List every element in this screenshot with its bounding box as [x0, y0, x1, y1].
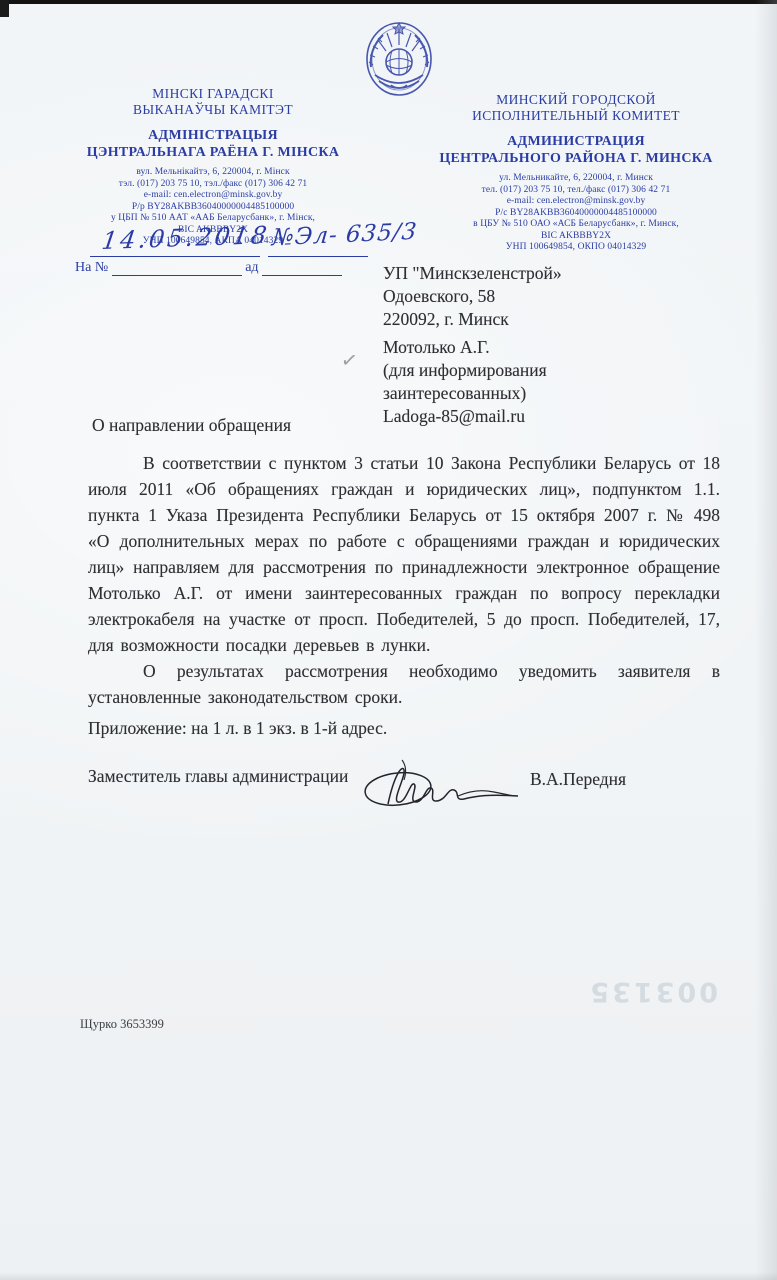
recipient-block: УП "Минскзеленстрой» Одоевского, 58 2200…: [383, 262, 562, 331]
signer-title: Заместитель главы администрации: [88, 766, 348, 787]
recipient-line: УП "Минскзеленстрой»: [383, 262, 562, 285]
scan-edge-corner: [0, 0, 9, 17]
reply-reference-row: На № ад: [75, 260, 342, 276]
reply-number-blank: [112, 261, 242, 276]
letterhead-right: МИНСКИЙ ГОРОДСКОЙ ИСПОЛНИТЕЛЬНЫЙ КОМИТЕТ…: [418, 92, 734, 254]
address-line: Р/с BY28AKBB36040000004485100000: [418, 208, 734, 220]
handwritten-outgoing-number: №Эл- 635/3: [271, 219, 419, 251]
org-name-line: МИНСКИЙ ГОРОДСКОЙ: [418, 92, 734, 108]
body-paragraph: В соответствии с пунктом 3 статьи 10 Зак…: [88, 450, 720, 658]
scan-edge-top: [9, 0, 777, 4]
reply-date-blank: [262, 261, 342, 276]
number-underline: [268, 256, 368, 257]
attachment-line: Приложение: на 1 л. в 1 экз. в 1-й адрес…: [88, 718, 387, 739]
signature-scribble: [358, 756, 528, 814]
address-line: тэл. (017) 203 75 10, тэл./факс (017) 30…: [55, 179, 371, 191]
subject-line: О направлении обращения: [92, 415, 291, 436]
address-line: УНП 100649854, ОКПО 04014329: [418, 242, 734, 254]
signer-name: В.А.Передня: [530, 769, 626, 790]
reply-na-label: На №: [75, 260, 108, 275]
reply-ad-label: ад: [245, 260, 258, 275]
date-underline: [90, 256, 260, 257]
address-line: в ЦБУ № 510 ОАО «АСБ Беларусбанк», г. Ми…: [418, 219, 734, 231]
scanned-letter-page: 003135 МІНСКІ ГАРАДСКІ ВЫКАНАЎЧЫ КАМІТЭТ…: [0, 0, 777, 1280]
faint-page-number: 003135: [598, 976, 718, 1007]
admin-name-line: АДМІНІСТРАЦЫЯ: [55, 127, 371, 144]
attention-block: Мотолько А.Г. (для информирования заинте…: [383, 336, 547, 428]
recipient-line: Одоевского, 58: [383, 285, 562, 308]
address-line: BIC AKBBBY2X: [418, 231, 734, 243]
address-line: вул. Мельнікайтэ, 6, 220004, г. Мінск: [55, 167, 371, 179]
attention-line: (для информирования: [383, 359, 547, 382]
org-name-line: ИСПОЛНИТЕЛЬНЫЙ КОМИТЕТ: [418, 108, 734, 124]
attention-line: заинтересованных): [383, 382, 547, 405]
address-line: ул. Мельникайте, 6, 220004, г. Минск: [418, 173, 734, 185]
recipient-line: 220092, г. Минск: [383, 308, 562, 331]
scan-edge-bottom: [0, 1272, 777, 1280]
state-emblem-icon: [361, 15, 437, 99]
handwritten-checkmark: ✓: [339, 347, 359, 373]
attention-line: Ladoga-85@mail.ru: [383, 405, 547, 428]
scan-edge-right: [755, 0, 777, 1280]
attention-line: Мотолько А.Г.: [383, 336, 547, 359]
admin-name-line: ЦЕНТРАЛЬНОГО РАЙОНА Г. МИНСКА: [418, 150, 734, 167]
address-line: e-mail: cen.electron@minsk.gov.by: [418, 196, 734, 208]
org-name-line: МІНСКІ ГАРАДСКІ: [55, 86, 371, 102]
signature-row: Заместитель главы администрации В.А.Пере…: [88, 756, 728, 816]
body-paragraph: О результатах рассмотрения необходимо ув…: [88, 658, 720, 710]
executor-note: Щурко 3653399: [80, 1017, 164, 1032]
admin-name-line: ЦЭНТРАЛЬНАГА РАЁНА Г. МІНСКА: [55, 144, 371, 161]
org-name-line: ВЫКАНАЎЧЫ КАМІТЭТ: [55, 102, 371, 118]
letter-body: В соответствии с пунктом 3 статьи 10 Зак…: [88, 450, 720, 710]
admin-name-line: АДМИНИСТРАЦИЯ: [418, 133, 734, 150]
address-line: e-mail: cen.electron@minsk.gov.by: [55, 190, 371, 202]
handwritten-date: 14.05.2018: [100, 221, 271, 255]
address-line: тел. (017) 203 75 10, тел./факс (017) 30…: [418, 185, 734, 197]
address-line: Р/р BY28AKBB36040000004485100000: [55, 202, 371, 214]
